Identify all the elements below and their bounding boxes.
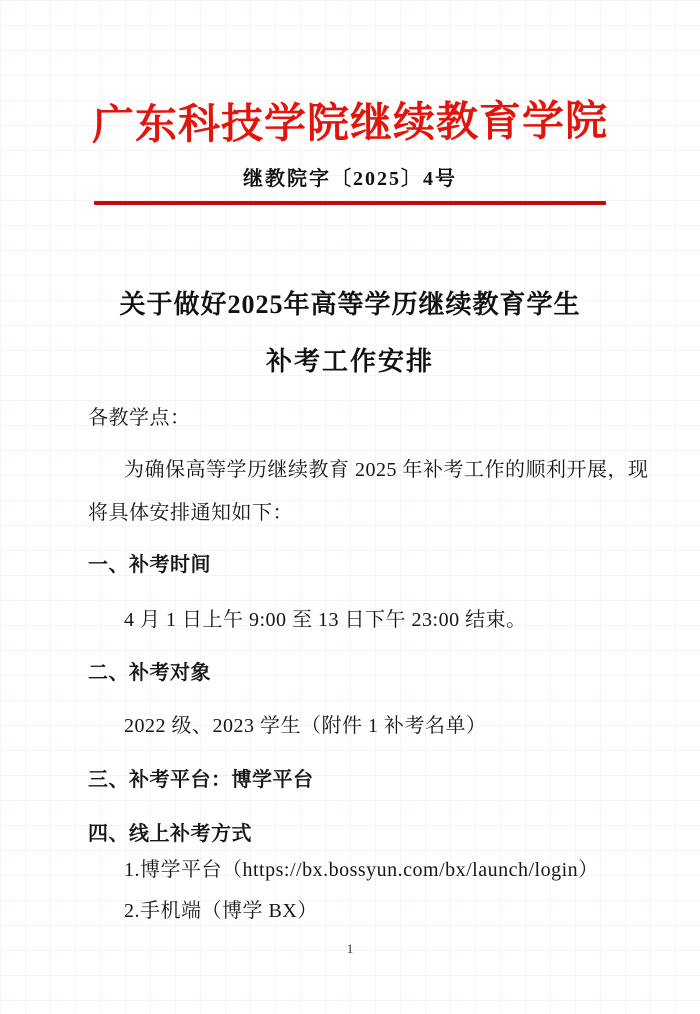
section-1-body: 4 月 1 日上午 9:00 至 13 日下午 23:00 结束。 [0,606,700,634]
section-3-heading: 三、补考平台：博学平台 [0,766,700,794]
scanned-document-page: 广东科技学院继续教育学院 继教院字〔2025〕4号 关于做好2025年高等学历继… [0,0,700,1014]
section-4-list-item-2: 2.手机端（博学 BX） [0,897,700,925]
section-4-list-item-1: 1.博学平台（https://bx.bossyun.com/bx/launch/… [0,856,700,884]
salutation: 各教学点： [0,404,700,432]
section-1-heading: 一、补考时间 [0,551,700,579]
intro-paragraph-line1: 为确保高等学历继续教育 2025 年补考工作的顺利开展，现 [0,456,700,484]
section-4-heading: 四、线上补考方式 [0,820,700,848]
section-2-body: 2022 级、2023 学生（附件 1 补考名单） [0,712,700,740]
page-number: 1 [0,941,700,957]
letterhead-title: 广东科技学院继续教育学院 [0,91,700,157]
doc-number: 继教院字〔2025〕4号 [0,166,700,192]
intro-paragraph-line2: 将具体安排通知如下： [0,499,700,527]
red-rule-divider [94,201,606,205]
document-title-line1: 关于做好2025年高等学历继续教育学生 [0,285,700,325]
document-title-line2: 补考工作安排 [0,342,700,382]
section-2-heading: 二、补考对象 [0,659,700,687]
